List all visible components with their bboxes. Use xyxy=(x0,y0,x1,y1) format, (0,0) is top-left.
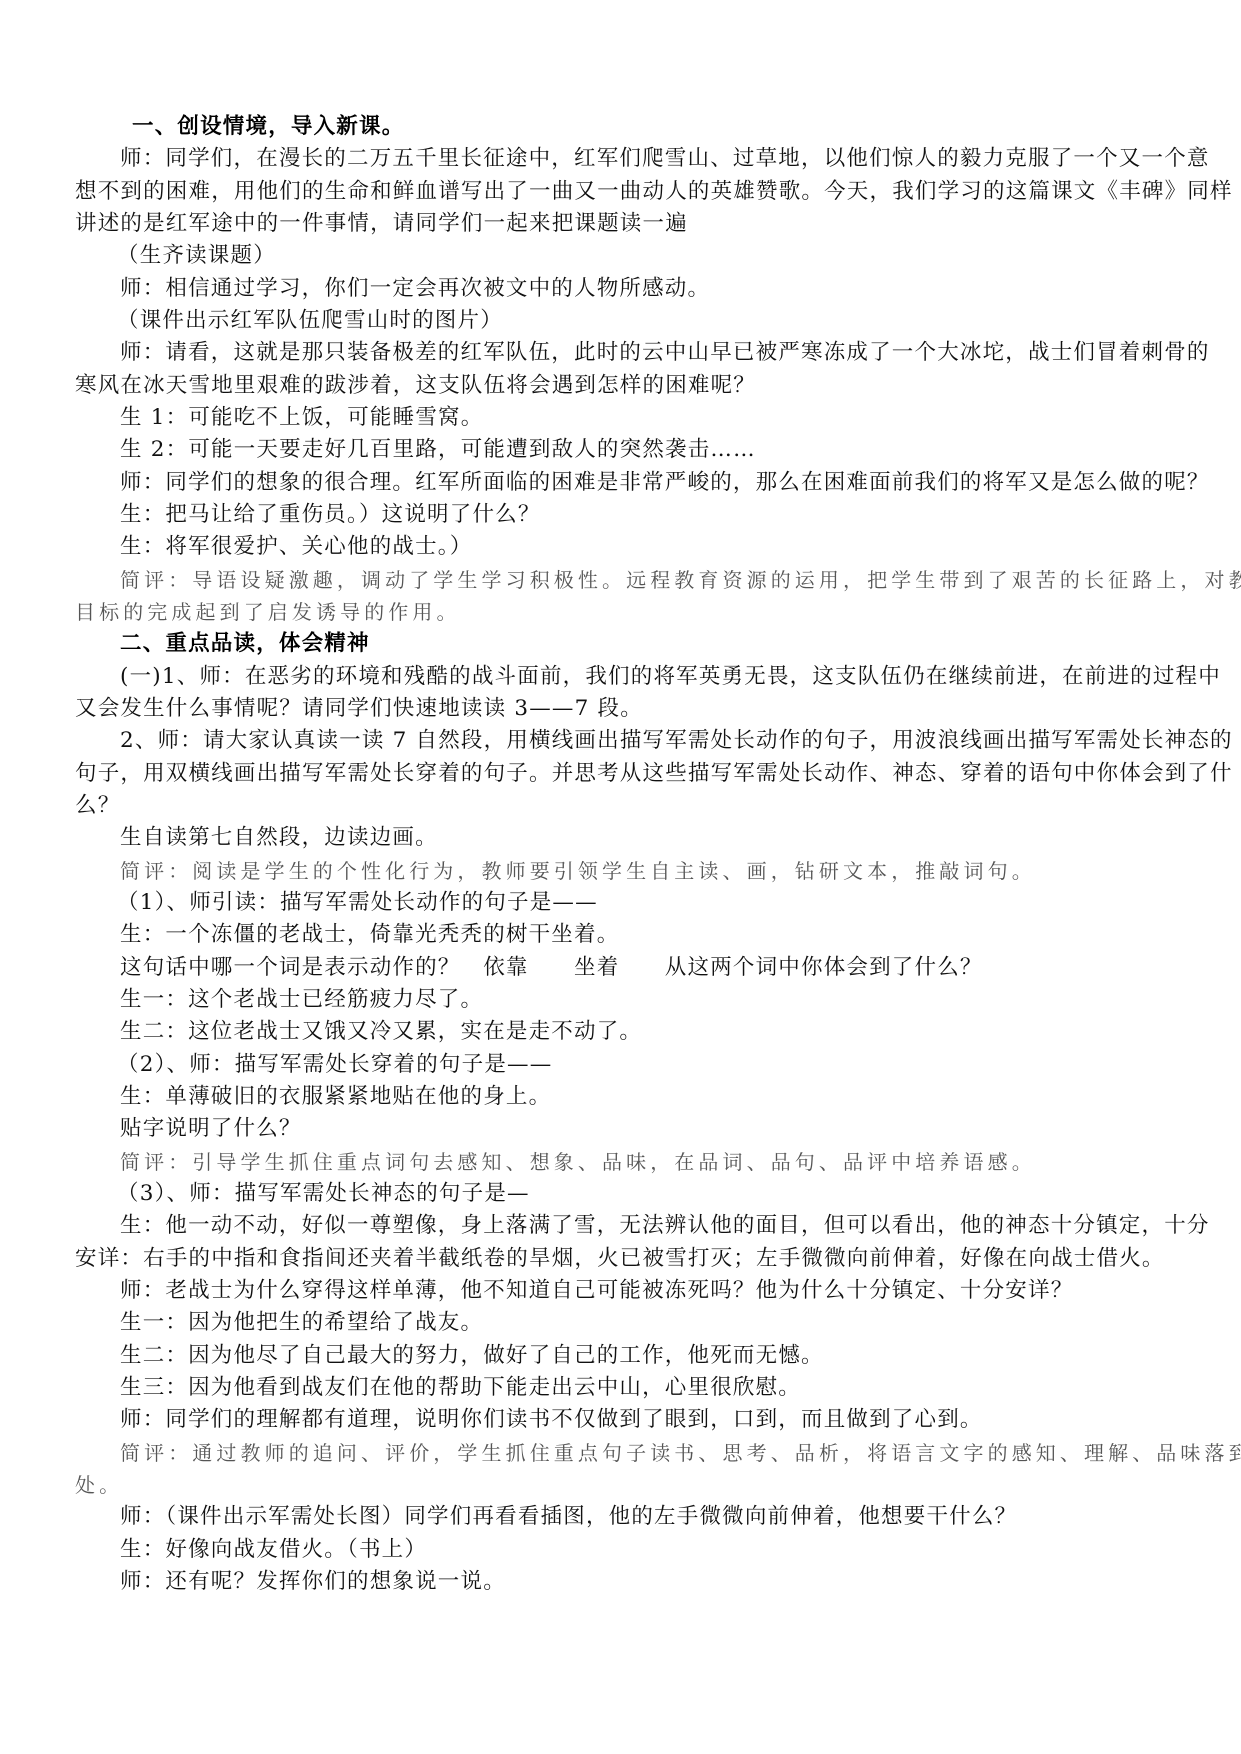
text-line: 生：好像向战友借火。（书上） xyxy=(120,1534,1185,1566)
text-line: 师：还有呢？发挥你们的想象说一说。 xyxy=(120,1566,1185,1598)
text-line: 安详：右手的中指和食指间还夹着半截纸卷的旱烟，火已被雪打灭；左手微微向前伸着，好… xyxy=(75,1243,1185,1275)
text-line: (一)1、师：在恶劣的环境和残酷的战斗面前，我们的将军英勇无畏，这支队伍仍在继续… xyxy=(120,661,1185,693)
text-line: 又会发生什么事情呢？请同学们快速地读读 3——7 段。 xyxy=(75,693,1185,725)
text-line: 寒风在冰天雪地里艰难的跋涉着，这支队伍将会遇到怎样的困难呢？ xyxy=(75,370,1185,402)
section-heading: 二、重点品读，体会精神 xyxy=(120,628,1230,660)
text-line: （1）、师引读：描写军需处长动作的句子是—— xyxy=(117,887,1185,919)
comment-line: 简评：通过教师的追问、评价，学生抓住重点句子读书、思考、品析，将语言文字的感知、… xyxy=(120,1437,1185,1469)
text-line: 讲述的是红军途中的一件事情，请同学们一起来把课题读一遍 xyxy=(75,208,1185,240)
text-line: 生自读第七自然段，边读边画。 xyxy=(120,822,1185,854)
text-line: 师：同学们，在漫长的二万五千里长征途中，红军们爬雪山、过草地，以他们惊人的毅力克… xyxy=(120,143,1185,175)
text-line: 生：将军很爱护、关心他的战士。） xyxy=(120,531,1185,563)
text-line: （2）、师：描写军需处长穿着的句子是—— xyxy=(117,1049,1185,1081)
document-page: 一、创设情境，导入新课。师：同学们，在漫长的二万五千里长征途中，红军们爬雪山、过… xyxy=(0,0,1241,1754)
text-line: 想不到的困难，用他们的生命和鲜血谱写出了一曲又一曲动人的英雄赞歌。今天，我们学习… xyxy=(75,176,1185,208)
text-line: 么？ xyxy=(75,790,1185,822)
text-line: （生齐读课题） xyxy=(117,240,1185,272)
text-line: 生：一个冻僵的老战士，倚靠光秃秃的树干坐着。 xyxy=(120,919,1185,951)
text-line: 师：同学们的想象的很合理。红军所面临的困难是非常严峻的，那么在困难面前我们的将军… xyxy=(120,467,1185,499)
text-line: 生三：因为他看到战友们在他的帮助下能走出云中山，心里很欣慰。 xyxy=(120,1372,1185,1404)
text-line: 生 2：可能一天要走好几百里路，可能遭到敌人的突然袭击…… xyxy=(120,434,1185,466)
text-line: 生：把马让给了重伤员。）这说明了什么？ xyxy=(120,499,1185,531)
text-line: 生 1：可能吃不上饭，可能睡雪窝。 xyxy=(120,402,1185,434)
text-line: （3）、师：描写军需处长神态的句子是— xyxy=(117,1178,1185,1210)
text-line: （课件出示红军队伍爬雪山时的图片） xyxy=(117,305,1185,337)
comment-line: 简评：阅读是学生的个性化行为，教师要引领学生自主读、画，钻研文本，推敲词句。 xyxy=(120,855,1185,887)
text-line: 生二：因为他尽了自己最大的努力，做好了自己的工作，他死而无憾。 xyxy=(120,1340,1185,1372)
text-line: 师：相信通过学习，你们一定会再次被文中的人物所感动。 xyxy=(120,273,1185,305)
comment-line: 简评：导语设疑激趣，调动了学生学习积极性。远程教育资源的运用，把学生带到了艰苦的… xyxy=(120,564,1185,596)
text-line: 师：（课件出示军需处长图）同学们再看看插图，他的左手微微向前伸着，他想要干什么？ xyxy=(120,1501,1185,1533)
text-line: 生一：因为他把生的希望给了战友。 xyxy=(120,1307,1185,1339)
text-line: 师：请看，这就是那只装备极差的红军队伍，此时的云中山早已被严寒冻成了一个大冰坨，… xyxy=(120,337,1185,369)
comment-line: 简评：引导学生抓住重点词句去感知、想象、品味，在品词、品句、品评中培养语感。 xyxy=(120,1146,1185,1178)
text-line: 贴字说明了什么？ xyxy=(120,1113,1185,1145)
text-line: 师：老战士为什么穿得这样单薄，他不知道自己可能被冻死吗？他为什么十分镇定、十分安… xyxy=(120,1275,1185,1307)
text-line: 生二：这位老战士又饿又冷又累，实在是走不动了。 xyxy=(120,1016,1185,1048)
text-line: 2、师：请大家认真读一读 7 自然段，用横线画出描写军需处长动作的句子，用波浪线… xyxy=(120,725,1185,757)
text-line: 师：同学们的理解都有道理，说明你们读书不仅做到了眼到，口到，而且做到了心到。 xyxy=(120,1404,1185,1436)
comment-line: 目标的完成起到了启发诱导的作用。 xyxy=(75,596,1185,628)
section-heading: 一、创设情境，导入新课。 xyxy=(132,111,1241,143)
text-line: 句子，用双横线画出描写军需处长穿着的句子。并思考从这些描写军需处长动作、神态、穿… xyxy=(75,758,1185,790)
text-line: 生：他一动不动，好似一尊塑像，身上落满了雪，无法辨认他的面目，但可以看出，他的神… xyxy=(120,1210,1185,1242)
comment-line: 处。 xyxy=(75,1469,1185,1501)
text-line: 生：单薄破旧的衣服紧紧地贴在他的身上。 xyxy=(120,1081,1185,1113)
text-line: 生一：这个老战士已经筋疲力尽了。 xyxy=(120,984,1185,1016)
text-line: 这句话中哪一个词是表示动作的？ 依靠 坐着 从这两个词中你体会到了什么？ xyxy=(120,952,1185,984)
